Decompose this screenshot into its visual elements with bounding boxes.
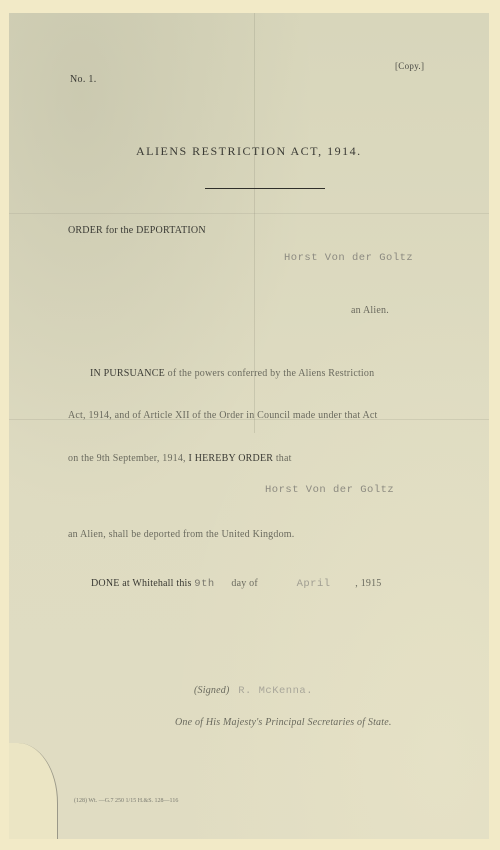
date-reference: on the 9th September, 1914,	[68, 453, 186, 464]
paragraph-line-1: IN PURSUANCE of the powers conferred by …	[90, 368, 374, 379]
an-alien-label: an Alien.	[351, 305, 389, 316]
deportation-statement: an Alien, shall be deported from the Uni…	[68, 529, 294, 540]
fold-crease-horizontal-top	[9, 213, 489, 214]
done-lead: DONE at Whitehall this	[91, 578, 192, 589]
done-day: 9th	[194, 578, 214, 590]
done-month: April	[297, 578, 331, 590]
signer-name: R. McKenna.	[238, 685, 313, 697]
pursuance-rest: of the powers conferred by the Aliens Re…	[168, 368, 375, 379]
document-page: No. 1. [Copy.] ALIENS RESTRICTION ACT, 1…	[9, 13, 489, 839]
done-line: DONE at Whitehall this 9th day of April …	[91, 578, 382, 590]
paragraph-line-3: on the 9th September, 1914, I HEREBY ORD…	[68, 453, 292, 464]
done-year: , 1915	[355, 578, 381, 589]
alien-name: Horst Von der Goltz	[284, 252, 413, 264]
paragraph-line-2: Act, 1914, and of Article XII of the Ord…	[68, 410, 378, 421]
hereby-order: I HEREBY ORDER	[188, 453, 273, 464]
pursuance-lead: IN PURSUANCE	[90, 368, 165, 379]
torn-corner	[9, 743, 58, 839]
order-heading: ORDER for the DEPORTATION	[68, 225, 206, 236]
title-rule	[205, 188, 325, 189]
document-number: No. 1.	[70, 74, 97, 85]
office-title: One of His Majesty's Principal Secretari…	[175, 717, 392, 728]
signature-line: (Signed) R. McKenna.	[194, 685, 313, 697]
printer-imprint: (128) Wt. —G.7 250 1/15 H.&S. 128—116	[74, 798, 178, 804]
signed-label: (Signed)	[194, 685, 229, 696]
alien-name-repeat: Horst Von der Goltz	[265, 484, 394, 496]
copy-mark: [Copy.]	[395, 61, 424, 71]
document-title: ALIENS RESTRICTION ACT, 1914.	[136, 144, 362, 159]
done-day-of: day of	[231, 578, 257, 589]
that-word: that	[276, 453, 292, 464]
